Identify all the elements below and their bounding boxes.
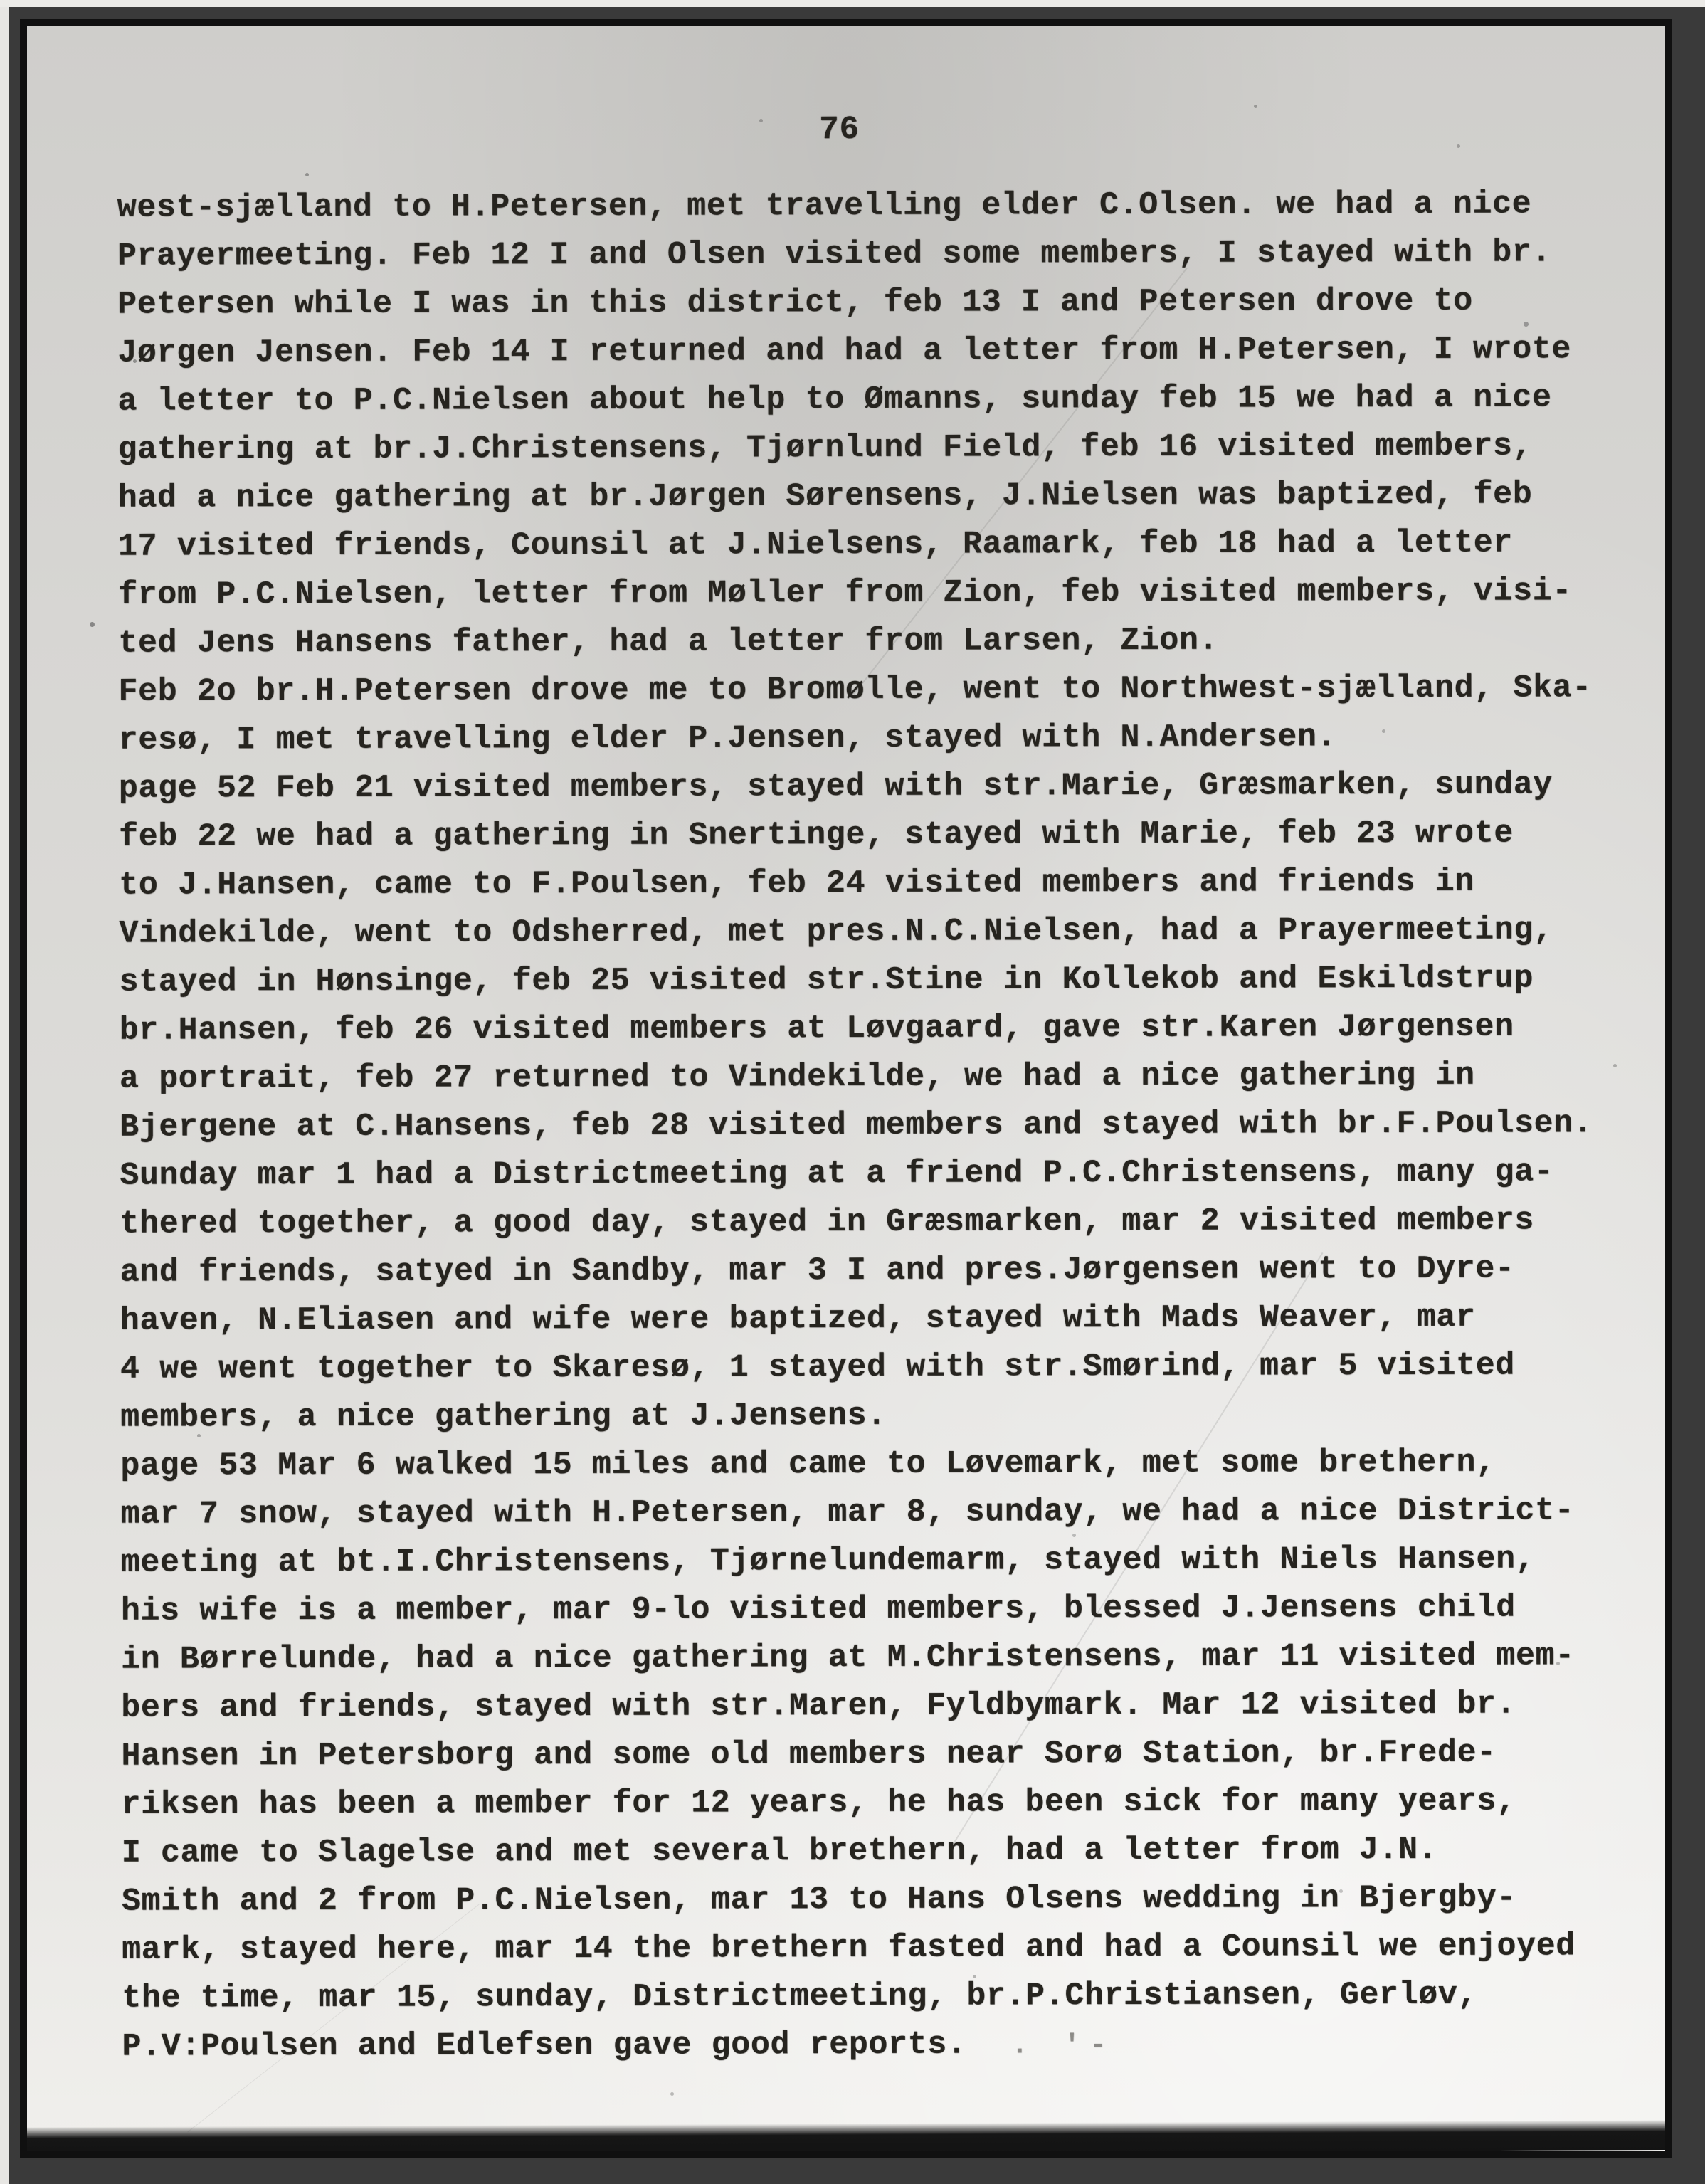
text-line: Feb 2o br.H.Petersen drove me to Bromøll… <box>118 664 1563 716</box>
scanned-page: 76 . '- west-sjælland to H.Petersen, met… <box>0 0 1705 2184</box>
text-line: his wife is a member, mar 9-lo visited m… <box>121 1583 1566 1635</box>
paper-texture <box>27 26 29 28</box>
text-line: 4 we went together to Skaresø, 1 stayed … <box>120 1341 1565 1393</box>
text-line: gathering at br.J.Christensens, Tjørnlun… <box>118 422 1563 474</box>
text-line: Jørgen Jensen. Feb 14 I returned and had… <box>117 325 1562 377</box>
text-line: bers and friends, stayed with str.Maren,… <box>121 1680 1566 1732</box>
text-line: a portrait, feb 27 returned to Vindekild… <box>120 1051 1564 1103</box>
scan-edge-top <box>0 0 1705 7</box>
text-line: Prayermeeting. Feb 12 I and Olsen visite… <box>117 228 1562 280</box>
text-line: the time, mar 15, sunday, Districtmeetin… <box>122 1971 1566 2022</box>
text-line: feb 22 we had a gathering in Snertinge, … <box>119 809 1563 861</box>
text-line: Bjergene at C.Hansens, feb 28 visited me… <box>120 1099 1564 1151</box>
text-line: riksen has been a member for 12 years, h… <box>122 1777 1566 1829</box>
text-line: Vindekilde, went to Odsherred, met pres.… <box>119 906 1563 958</box>
text-line: P.V:Poulsen and Edlefsen gave good repor… <box>122 2019 1566 2071</box>
text-line: thered together, a good day, stayed in G… <box>120 1196 1564 1248</box>
text-line: ted Jens Hansens father, had a letter fr… <box>118 616 1563 668</box>
text-line: west-sjælland to H.Petersen, met travell… <box>117 180 1562 232</box>
text-line: Sunday mar 1 had a Districtmeeting at a … <box>120 1148 1564 1200</box>
text-line: meeting at bt.I.Christensens, Tjørnelund… <box>121 1535 1566 1587</box>
scan-edge-left <box>0 0 9 2184</box>
text-line: page 53 Mar 6 walked 15 miles and came t… <box>120 1438 1565 1490</box>
text-line: mark, stayed here, mar 14 the brethern f… <box>122 1922 1566 1974</box>
text-line: a letter to P.C.Nielsen about help to Øm… <box>117 374 1562 426</box>
text-line: Hansen in Petersborg and some old member… <box>121 1729 1566 1781</box>
text-line: 17 visited friends, Counsil at J.Nielsen… <box>118 519 1563 571</box>
stray-marks: . '- <box>1011 2030 1116 2061</box>
typewritten-content: 76 . '- west-sjælland to H.Petersen, met… <box>117 109 1566 2071</box>
text-line: page 52 Feb 21 visited members, stayed w… <box>119 761 1563 813</box>
text-line: in Børrelunde, had a nice gathering at M… <box>121 1632 1566 1684</box>
text-lines: . '- west-sjælland to H.Petersen, met tr… <box>117 180 1567 2071</box>
text-line: had a nice gathering at br.Jørgen Sørens… <box>118 470 1563 522</box>
text-line: from P.C.Nielsen, letter from Møller fro… <box>118 567 1563 619</box>
text-line: to J.Hansen, came to F.Poulsen, feb 24 v… <box>119 858 1563 909</box>
text-line: haven, N.Eliasen and wife were baptized,… <box>120 1293 1565 1345</box>
text-line: members, a nice gathering at J.Jensens. <box>120 1390 1565 1442</box>
text-line: stayed in Hønsinge, feb 25 visited str.S… <box>120 954 1564 1006</box>
text-line: br.Hansen, feb 26 visited members at Løv… <box>120 1003 1564 1055</box>
text-line: I came to Slagelse and met several breth… <box>122 1825 1566 1877</box>
page-number: 76 <box>117 109 1561 184</box>
text-line: Smith and 2 from P.C.Nielsen, mar 13 to … <box>122 1874 1566 1926</box>
document-page: 76 . '- west-sjælland to H.Petersen, met… <box>27 26 1665 2151</box>
page-bottom-shadow <box>27 2120 1665 2151</box>
photo-frame: 76 . '- west-sjælland to H.Petersen, met… <box>20 19 1672 2158</box>
text-line: Petersen while I was in this district, f… <box>117 277 1562 329</box>
text-line: mar 7 snow, stayed with H.Petersen, mar … <box>120 1487 1565 1539</box>
text-line: and friends, satyed in Sandby, mar 3 I a… <box>120 1245 1565 1297</box>
text-line: resø, I met travelling elder P.Jensen, s… <box>119 712 1563 764</box>
